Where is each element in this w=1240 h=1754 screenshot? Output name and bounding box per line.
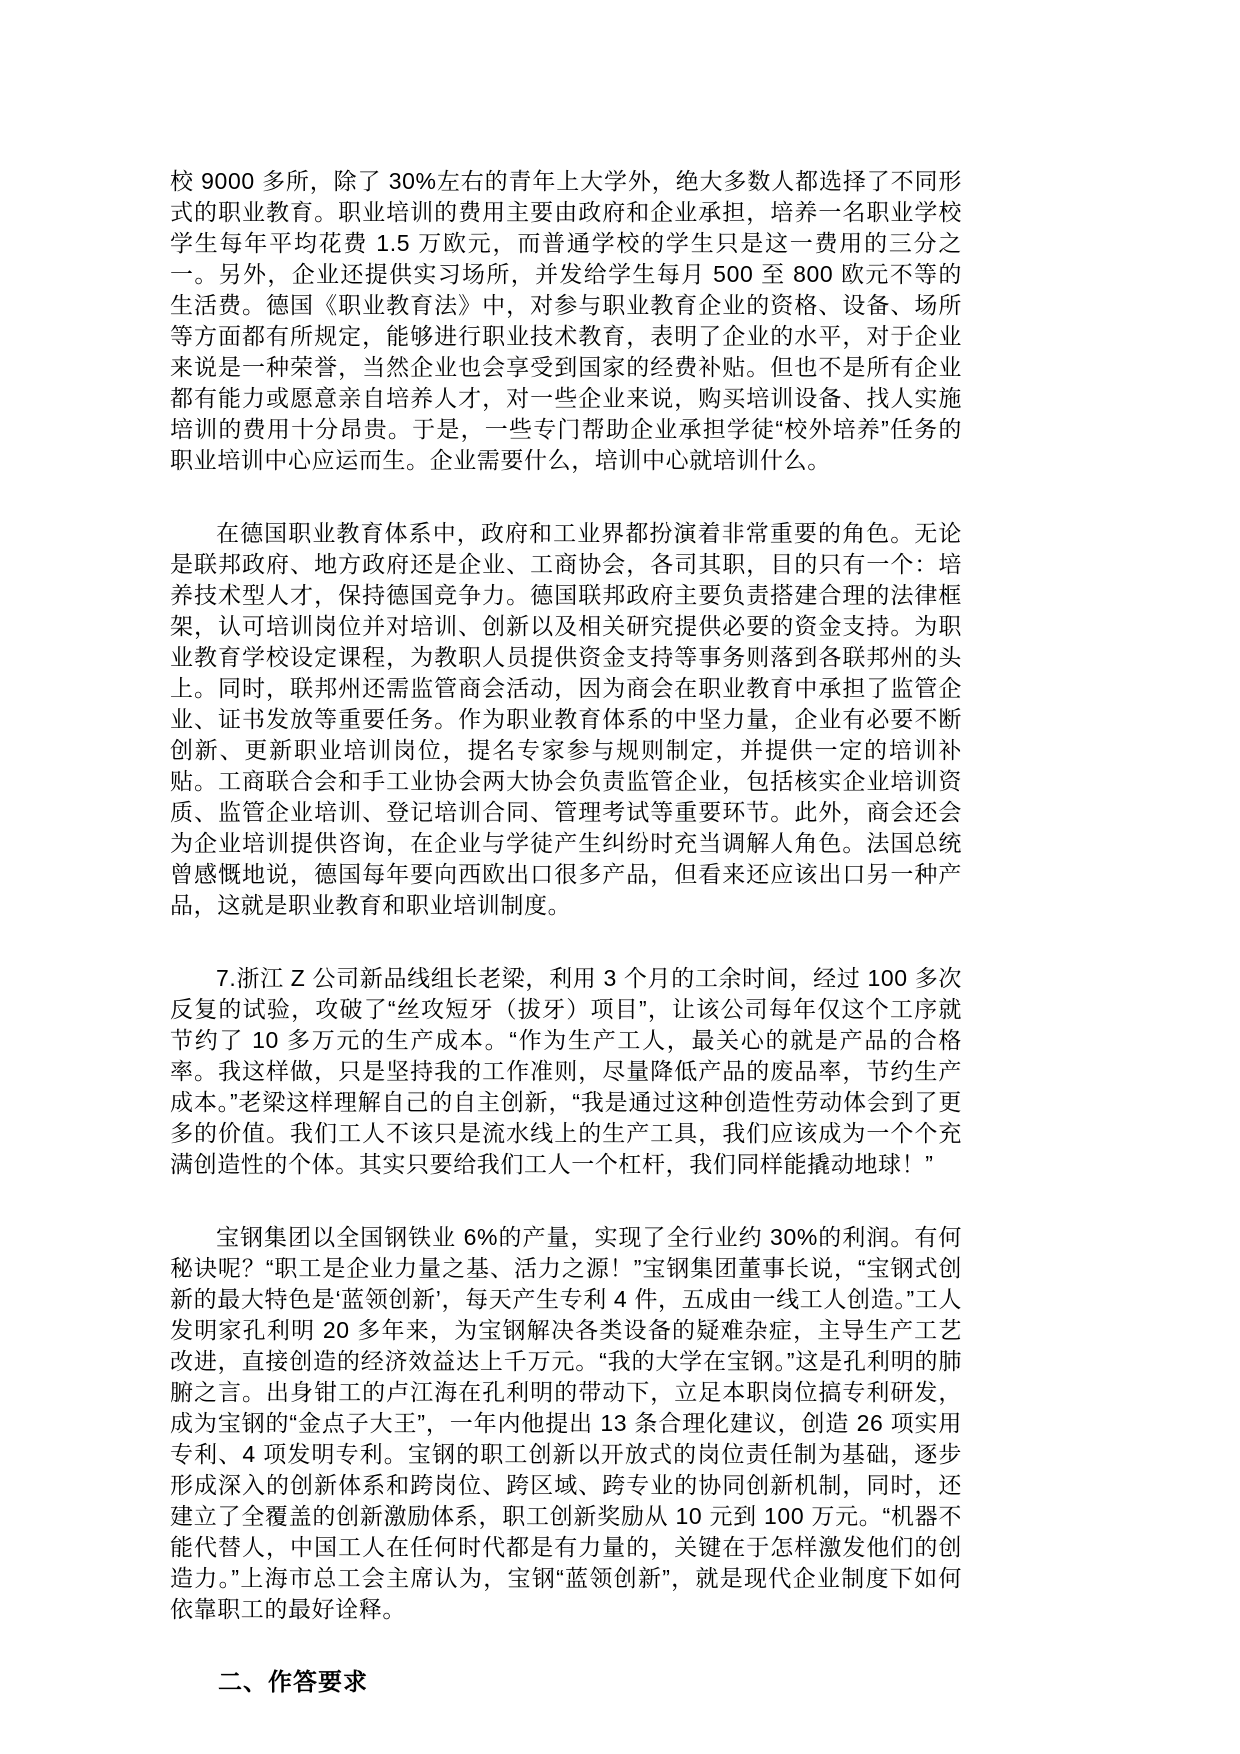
document-content: 校 9000 多所，除了 30%左右的青年上大学外，绝大多数人都选择了不同形式的… [170, 166, 962, 1698]
section-heading-answer-requirements: 二、作答要求 [170, 1667, 962, 1698]
paragraph-item-7-zhejiang-z-company: 7.浙江 Z 公司新品线组长老梁，利用 3 个月的工余时间，经过 100 多次反… [170, 963, 962, 1180]
paragraph-baosteel-group: 宝钢集团以全国钢铁业 6%的产量，实现了全行业约 30%的利润。有何秘诀呢？“职… [170, 1222, 962, 1625]
paragraph-german-vocational-system: 在德国职业教育体系中，政府和工业界都扮演着非常重要的角色。无论是联邦政府、地方政… [170, 518, 962, 921]
paragraph-continuation-vocational-education: 校 9000 多所，除了 30%左右的青年上大学外，绝大多数人都选择了不同形式的… [170, 166, 962, 476]
document-page: 校 9000 多所，除了 30%左右的青年上大学外，绝大多数人都选择了不同形式的… [0, 0, 1240, 1754]
